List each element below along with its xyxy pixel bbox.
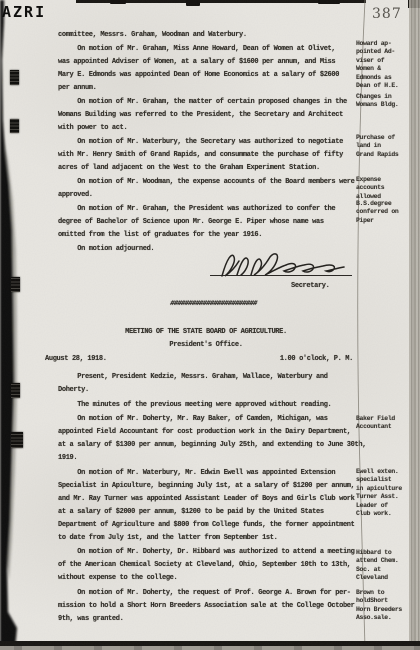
meeting-dateline: August 28, 1918. 1.00 o'clock, P. M. — [45, 353, 353, 366]
section-divider: ######################## — [169, 300, 257, 308]
minutes-paragraph: On motion of Mr. Waterbury, the Secretar… — [58, 136, 358, 175]
margin-note-piper-degree: B.S.degree conferred on Piper — [356, 200, 414, 225]
meeting-date: August 28, 1918. — [45, 353, 107, 366]
minutes-paragraph: committee, Messrs. Graham, Woodman and W… — [58, 29, 358, 42]
minutes-paragraph: On motion of Mr. Doherty, the request of… — [58, 587, 358, 626]
page-number: 387 — [372, 6, 402, 22]
minutes-paragraph: On motion of Mr. Doherty, Dr. Hibbard wa… — [58, 546, 358, 585]
meeting-subtitle: President's Office. — [58, 339, 354, 352]
minutes-paragraph: On motion of Mr. Graham, the matter of c… — [58, 96, 358, 135]
binding-mark — [11, 432, 23, 448]
film-edge-blot — [318, 0, 340, 4]
film-bottom-strip — [0, 646, 420, 650]
scanned-minutes-page: AZRI 387 committee, Messrs. Graham, Wood… — [0, 0, 420, 650]
secretary-caption: Secretary. — [291, 280, 330, 293]
secretary-signature — [218, 250, 346, 280]
minutes-text-meeting: Present, President Kedzie, Messrs. Graha… — [58, 371, 358, 627]
minutes-text-continuation: committee, Messrs. Graham, Woodman and W… — [58, 29, 358, 257]
binding-mark — [10, 70, 19, 85]
binding-mark — [11, 277, 20, 292]
minutes-paragraph: The minutes of the previous meeting were… — [58, 399, 358, 412]
margin-note-ewell-turner: Ewell exten. specialist in apiculture Tu… — [356, 468, 414, 518]
minutes-paragraph: On motion of Mr. Waterbury, Mr. Edwin Ew… — [58, 467, 358, 545]
margin-note-brown-sale: Brown to holdShort Horn Breeders Asso.sa… — [356, 589, 414, 623]
margin-note-hibbard: Hibbard to attend Chem. Soc. at Clevelan… — [356, 549, 414, 583]
margin-note-expense-accounts: Expense accounts allowed — [356, 176, 414, 201]
margin-note-womans-bldg: Changes in Womans Bldg. — [356, 93, 414, 110]
meeting-title: MEETING OF THE STATE BOARD OF AGRICULTUR… — [58, 326, 354, 339]
binding-mark — [10, 119, 19, 133]
minutes-paragraph: On motion of Mr. Doherty, Mr. Ray Baker,… — [58, 413, 358, 465]
minutes-paragraph: On motion of Mr. Woodman, the expense ac… — [58, 176, 358, 202]
margin-note-land-purchase: Purchase of land in Grand Rapids — [356, 134, 414, 159]
minutes-paragraph: On motion of Mr. Graham, Miss Anne Howar… — [58, 43, 358, 95]
margin-note-howard-edmonds: Howard ap- pointed Ad- viser of Women & … — [356, 40, 414, 90]
minutes-paragraph: On motion of Mr. Graham, the President w… — [58, 203, 358, 242]
meeting-time: 1.00 o'clock, P. M. — [280, 353, 353, 366]
film-edge-blot — [186, 0, 200, 6]
minutes-paragraph: Present, President Kedzie, Messrs. Graha… — [58, 371, 358, 397]
margin-note-baker: Baker Field Accountant — [356, 415, 414, 432]
binding-mark — [11, 383, 20, 398]
film-frame-label: AZRI — [2, 3, 46, 21]
film-edge-blot — [110, 0, 126, 4]
page-right-edge — [409, 0, 420, 650]
